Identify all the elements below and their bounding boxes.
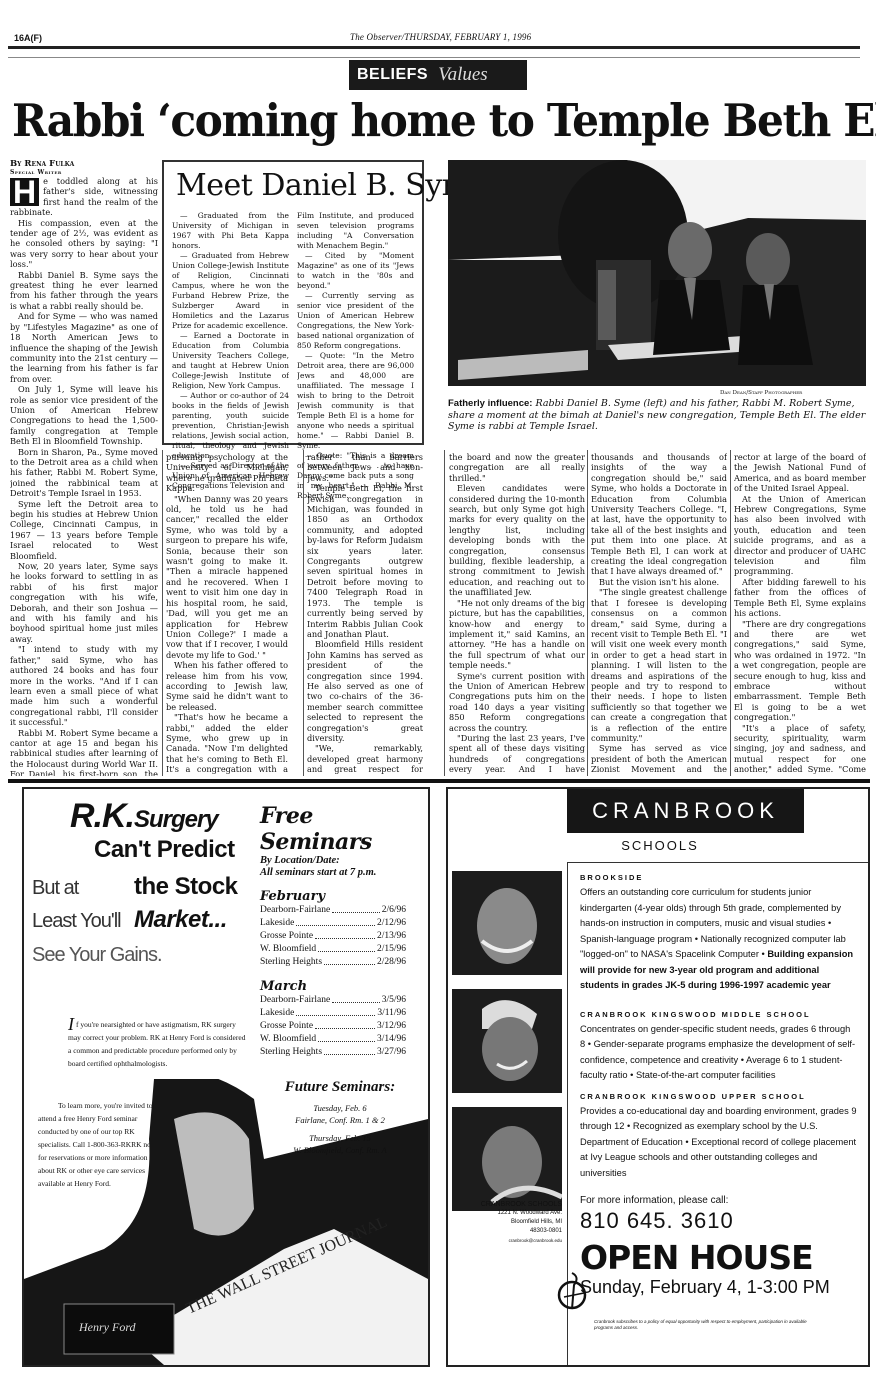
paragraph: After bidding farewell to his father fro… <box>734 577 866 619</box>
school-title: BROOKSIDE <box>580 873 858 882</box>
paragraph: rector at large of the board of the Jewi… <box>734 452 866 494</box>
paragraph: Syme has served as vice president of bot… <box>591 743 727 776</box>
paragraph: On July 1, Syme will leave his role as s… <box>10 384 158 446</box>
seminar-row: Grosse Pointe3/12/96 <box>260 1020 406 1033</box>
column-divider <box>303 450 304 776</box>
paragraph: Rabbi Daniel B. Syme says the greatest t… <box>10 270 158 312</box>
student-photo-illustration <box>452 989 562 1093</box>
open-house-date: Sunday, February 4, 1-3:00 PM <box>580 1277 858 1298</box>
byline-title: Special Writer <box>10 169 158 176</box>
seminar-row: Grosse Pointe2/13/96 <box>260 930 406 943</box>
seminar-row: Sterling Heights3/27/96 <box>260 1046 406 1059</box>
paragraph: Syme left the Detroit area to begin his … <box>10 499 158 561</box>
rk-line-but-at: But at <box>32 877 78 900</box>
section-flag: BELIEFS Values <box>349 60 527 90</box>
section-flag-values: Values <box>438 64 488 86</box>
sidebar-item: — Graduated from Hebrew Union College-Je… <box>172 251 289 331</box>
student-photo-3 <box>452 1107 562 1211</box>
story-column-3: rather than barriers between Jews and no… <box>307 452 423 776</box>
seminar-location: Sterling Heights <box>260 1046 322 1059</box>
school-description: Offers an outstanding core curriculum fo… <box>580 885 858 994</box>
story-column-6: rector at large of the board of the Jewi… <box>734 452 866 776</box>
seminar-location: Lakeside <box>260 1007 294 1020</box>
page-folio: 16A(F) <box>14 33 42 43</box>
column-divider <box>162 450 163 776</box>
photo-credit: Dan Dean/Staff Photographer <box>720 390 802 396</box>
paragraph: "When Danny was 20 years old, he told us… <box>166 494 288 661</box>
paragraph: Now, 20 years later, Syme says he looks … <box>10 561 158 644</box>
phone-number: 810 645. 3610 <box>580 1208 858 1234</box>
section-flag-beliefs: BELIEFS <box>357 66 428 84</box>
seminar-row: Lakeside2/12/96 <box>260 917 406 930</box>
story-column-5: thousands and thousands of insights of t… <box>591 452 727 776</box>
cranbrook-banner: CRANBROOK <box>567 789 804 833</box>
info-label: For more information, please call: <box>580 1195 858 1206</box>
sidebar-item: Film Institute, and produced seven telev… <box>297 211 414 251</box>
seminar-row: Lakeside3/11/96 <box>260 1007 406 1020</box>
future-seminar-place: Fairlane, Conf. Rm. 1 & 2 <box>295 1115 385 1125</box>
photo-illustration <box>448 160 866 386</box>
seminar-location: Lakeside <box>260 917 294 930</box>
free-seminars: Free Seminars By Location/Date: All semi… <box>260 803 430 1156</box>
seminars-sub-2: All seminars start at 7 p.m. <box>260 867 430 879</box>
seminar-row: W. Bloomfield3/14/96 <box>260 1033 406 1046</box>
paragraph: His compassion, even at the tender age o… <box>10 218 158 270</box>
address-line: CRANBROOK SCHOOLS <box>452 1200 562 1209</box>
month-heading: February <box>260 889 430 904</box>
rk-body-1: f you're nearsighted or have astigmatism… <box>68 1020 245 1068</box>
svg-text:Henry Ford: Henry Ford <box>78 1320 137 1334</box>
story-column-4: the board and now the greater congregati… <box>449 452 585 776</box>
future-seminars: Future Seminars: Tuesday, Feb. 6Fairlane… <box>260 1079 420 1156</box>
paragraph: Bloomfield Hills resident John Kamins ha… <box>307 639 423 743</box>
paragraph: "He not only dreams of the big picture, … <box>449 598 585 671</box>
future-seminar-day: Thursday, Feb. 15 <box>309 1133 371 1143</box>
rk-line-market: Market... <box>134 906 227 934</box>
cranbrook-ad: CRANBROOK SCHOOLS CRANBROOK SCHOOLS 1221… <box>446 787 870 1367</box>
sidebar-item: — Cited by "Moment Magazine" as one of i… <box>297 251 414 291</box>
seminar-row: Dearborn-Fairlane3/5/96 <box>260 994 406 1007</box>
rk-title-main: R.K. <box>70 797 134 835</box>
paragraph: "During the last 23 years, I've spent al… <box>449 733 585 776</box>
paragraph: Temple Beth El, the first Jewish congreg… <box>307 483 423 639</box>
rk-line-least: Least You'll <box>32 910 121 933</box>
sidebar-item: — Currently serving as senior vice presi… <box>297 291 414 351</box>
school-title: CRANBROOK KINGSWOOD MIDDLE SCHOOL <box>580 1010 858 1019</box>
student-photo-2 <box>452 989 562 1093</box>
paragraph: And for Syme — who was named by "Lifesty… <box>10 311 158 384</box>
header-rule-thin <box>8 57 860 58</box>
seminar-date: 2/12/96 <box>377 917 406 930</box>
seminar-date: 3/27/96 <box>377 1046 406 1059</box>
future-seminar-place: W. Bloomfield, Conf. Rm. A <box>293 1145 387 1155</box>
paragraph: At the Union of American Hebrew Congrega… <box>734 494 866 577</box>
paragraph: rather than barriers between Jews and no… <box>307 452 423 483</box>
seminar-location: Grosse Pointe <box>260 1020 313 1033</box>
paragraph: thousands and thousands of insights of t… <box>591 452 727 577</box>
address-line: 48303-0801 <box>452 1227 562 1236</box>
school-description: Concentrates on gender-specific student … <box>580 1022 858 1084</box>
seminar-location: Dearborn-Fairlane <box>260 904 330 917</box>
seminar-location: Grosse Pointe <box>260 930 313 943</box>
dateline: The Observer/THURSDAY, FEBRUARY 1, 1996 <box>350 32 531 42</box>
seminar-location: W. Bloomfield <box>260 943 316 956</box>
future-seminar: Thursday, Feb. 15W. Bloomfield, Conf. Rm… <box>260 1132 420 1156</box>
cranbrook-address: CRANBROOK SCHOOLS 1221 N. Woodward Ave. … <box>452 1200 562 1245</box>
sidebar-item: — Earned a Doctorate in Education from C… <box>172 331 289 391</box>
rk-body-cap: I <box>68 1014 74 1034</box>
paragraph: When his father offered to release him f… <box>166 660 288 712</box>
seminars-title: Free Seminars <box>260 803 430 855</box>
cranbrook-schools-label: SCHOOLS <box>448 838 870 853</box>
paragraph: "It's a place of safety, security, spiri… <box>734 723 866 776</box>
ad-divider-rule <box>8 779 870 783</box>
future-seminars-title: Future Seminars: <box>260 1079 420 1096</box>
school-title: CRANBROOK KINGSWOOD UPPER SCHOOL <box>580 1092 858 1101</box>
seminar-date: 2/15/96 <box>377 943 406 956</box>
paragraph: Born in Sharon, Pa., Syme moved to the D… <box>10 447 158 499</box>
rk-body-text: If you're nearsighted or have astigmatis… <box>38 1018 248 1070</box>
student-photo-1 <box>452 871 562 975</box>
paragraph: Rabbi M. Robert Syme became a cantor at … <box>10 728 158 776</box>
meet-syme-sidebar: Meet Daniel B. Syme — Graduated from the… <box>162 160 424 445</box>
photo-caption: Fatherly influence: Rabbi Daniel B. Syme… <box>448 398 868 433</box>
paragraph: the board and now the greater congregati… <box>449 452 585 483</box>
sidebar-item: — Author or co-author of 24 books in the… <box>172 391 289 461</box>
school-description: Provides a co-educational day and boardi… <box>580 1104 858 1182</box>
seminar-row: Dearborn-Fairlane2/6/96 <box>260 904 406 917</box>
rk-line-gains: See Your Gains. <box>32 944 162 967</box>
rk-surgery-ad: R.K.Surgery Can't Predict But at the Sto… <box>22 787 430 1367</box>
paragraph: "We, remarkably, developed great harmony… <box>307 743 423 776</box>
paragraph: Syme's current position with the Union o… <box>449 671 585 733</box>
paragraph: "That's how he became a rabbi," added th… <box>166 712 288 776</box>
caption-lead: Fatherly influence: <box>448 398 532 409</box>
column-divider <box>587 450 588 776</box>
address-line: 1221 N. Woodward Ave. <box>452 1209 562 1218</box>
byline: By Rena Fulka <box>10 159 158 169</box>
rk-title: R.K.Surgery <box>70 797 218 836</box>
sidebar-item: — Graduated from the University of Michi… <box>172 211 289 251</box>
address-line: cranbrook@cranbrook.edu <box>452 1236 562 1245</box>
column-divider <box>444 450 445 776</box>
equal-opportunity-statement: Cranbrook subscribes to a policy of equa… <box>594 1319 824 1331</box>
student-photo-illustration <box>452 871 562 975</box>
paragraph: pursuing psychology at the University of… <box>166 452 288 494</box>
seminar-location: W. Bloomfield <box>260 1033 316 1046</box>
seminar-location: Dearborn-Fairlane <box>260 994 330 1007</box>
seminar-date: 2/13/96 <box>377 930 406 943</box>
rabbis-photo <box>448 160 866 386</box>
open-house-title: OPEN HOUSE <box>580 1238 858 1277</box>
address-line: Bloomfield Hills, MI <box>452 1218 562 1227</box>
seminar-date: 3/11/96 <box>377 1007 406 1020</box>
seminar-row: Sterling Heights2/28/96 <box>260 956 406 969</box>
seminar-date: 2/6/96 <box>382 904 406 917</box>
seminar-date: 3/14/96 <box>377 1033 406 1046</box>
seminar-date: 3/12/96 <box>377 1020 406 1033</box>
drop-cap: H <box>10 178 39 206</box>
paragraph: But the vision isn't his alone. <box>591 577 727 587</box>
paragraph: "The single greatest challenge that I fo… <box>591 587 727 743</box>
student-photo-illustration <box>452 1107 562 1211</box>
story-column-2: pursuing psychology at the University of… <box>166 452 288 776</box>
sidebar-item: — Quote: "In the Metro Detroit area, the… <box>297 351 414 451</box>
cranbrook-logo-icon <box>554 1271 590 1311</box>
future-seminar: Tuesday, Feb. 6Fairlane, Conf. Rm. 1 & 2 <box>260 1102 420 1126</box>
rk-cant-predict: Can't Predict <box>94 836 235 864</box>
story-column-1: By Rena Fulka Special Writer H e toddled… <box>10 159 158 776</box>
header-rule <box>8 46 860 49</box>
seminar-date: 3/5/96 <box>382 994 406 1007</box>
rk-title-sub: Surgery <box>134 806 218 833</box>
column-divider <box>730 450 731 776</box>
sidebar-title: Meet Daniel B. Syme <box>176 168 414 203</box>
seminar-row: W. Bloomfield2/15/96 <box>260 943 406 956</box>
headline: Rabbi ‘coming home to Temple Beth El’ <box>12 94 876 147</box>
seminar-date: 2/28/96 <box>377 956 406 969</box>
paragraph: "There are dry congregations and there a… <box>734 619 866 723</box>
paragraph: Eleven candidates were considered during… <box>449 483 585 597</box>
future-seminar-day: Tuesday, Feb. 6 <box>313 1103 366 1113</box>
rk-line-stock: the Stock <box>134 873 238 901</box>
cranbrook-programs: BROOKSIDE Offers an outstanding core cur… <box>567 862 870 1365</box>
seminar-location: Sterling Heights <box>260 956 322 969</box>
paragraph: "I intend to study with my father," said… <box>10 644 158 727</box>
seminars-sub-1: By Location/Date: <box>260 855 430 867</box>
month-heading: March <box>260 979 430 994</box>
